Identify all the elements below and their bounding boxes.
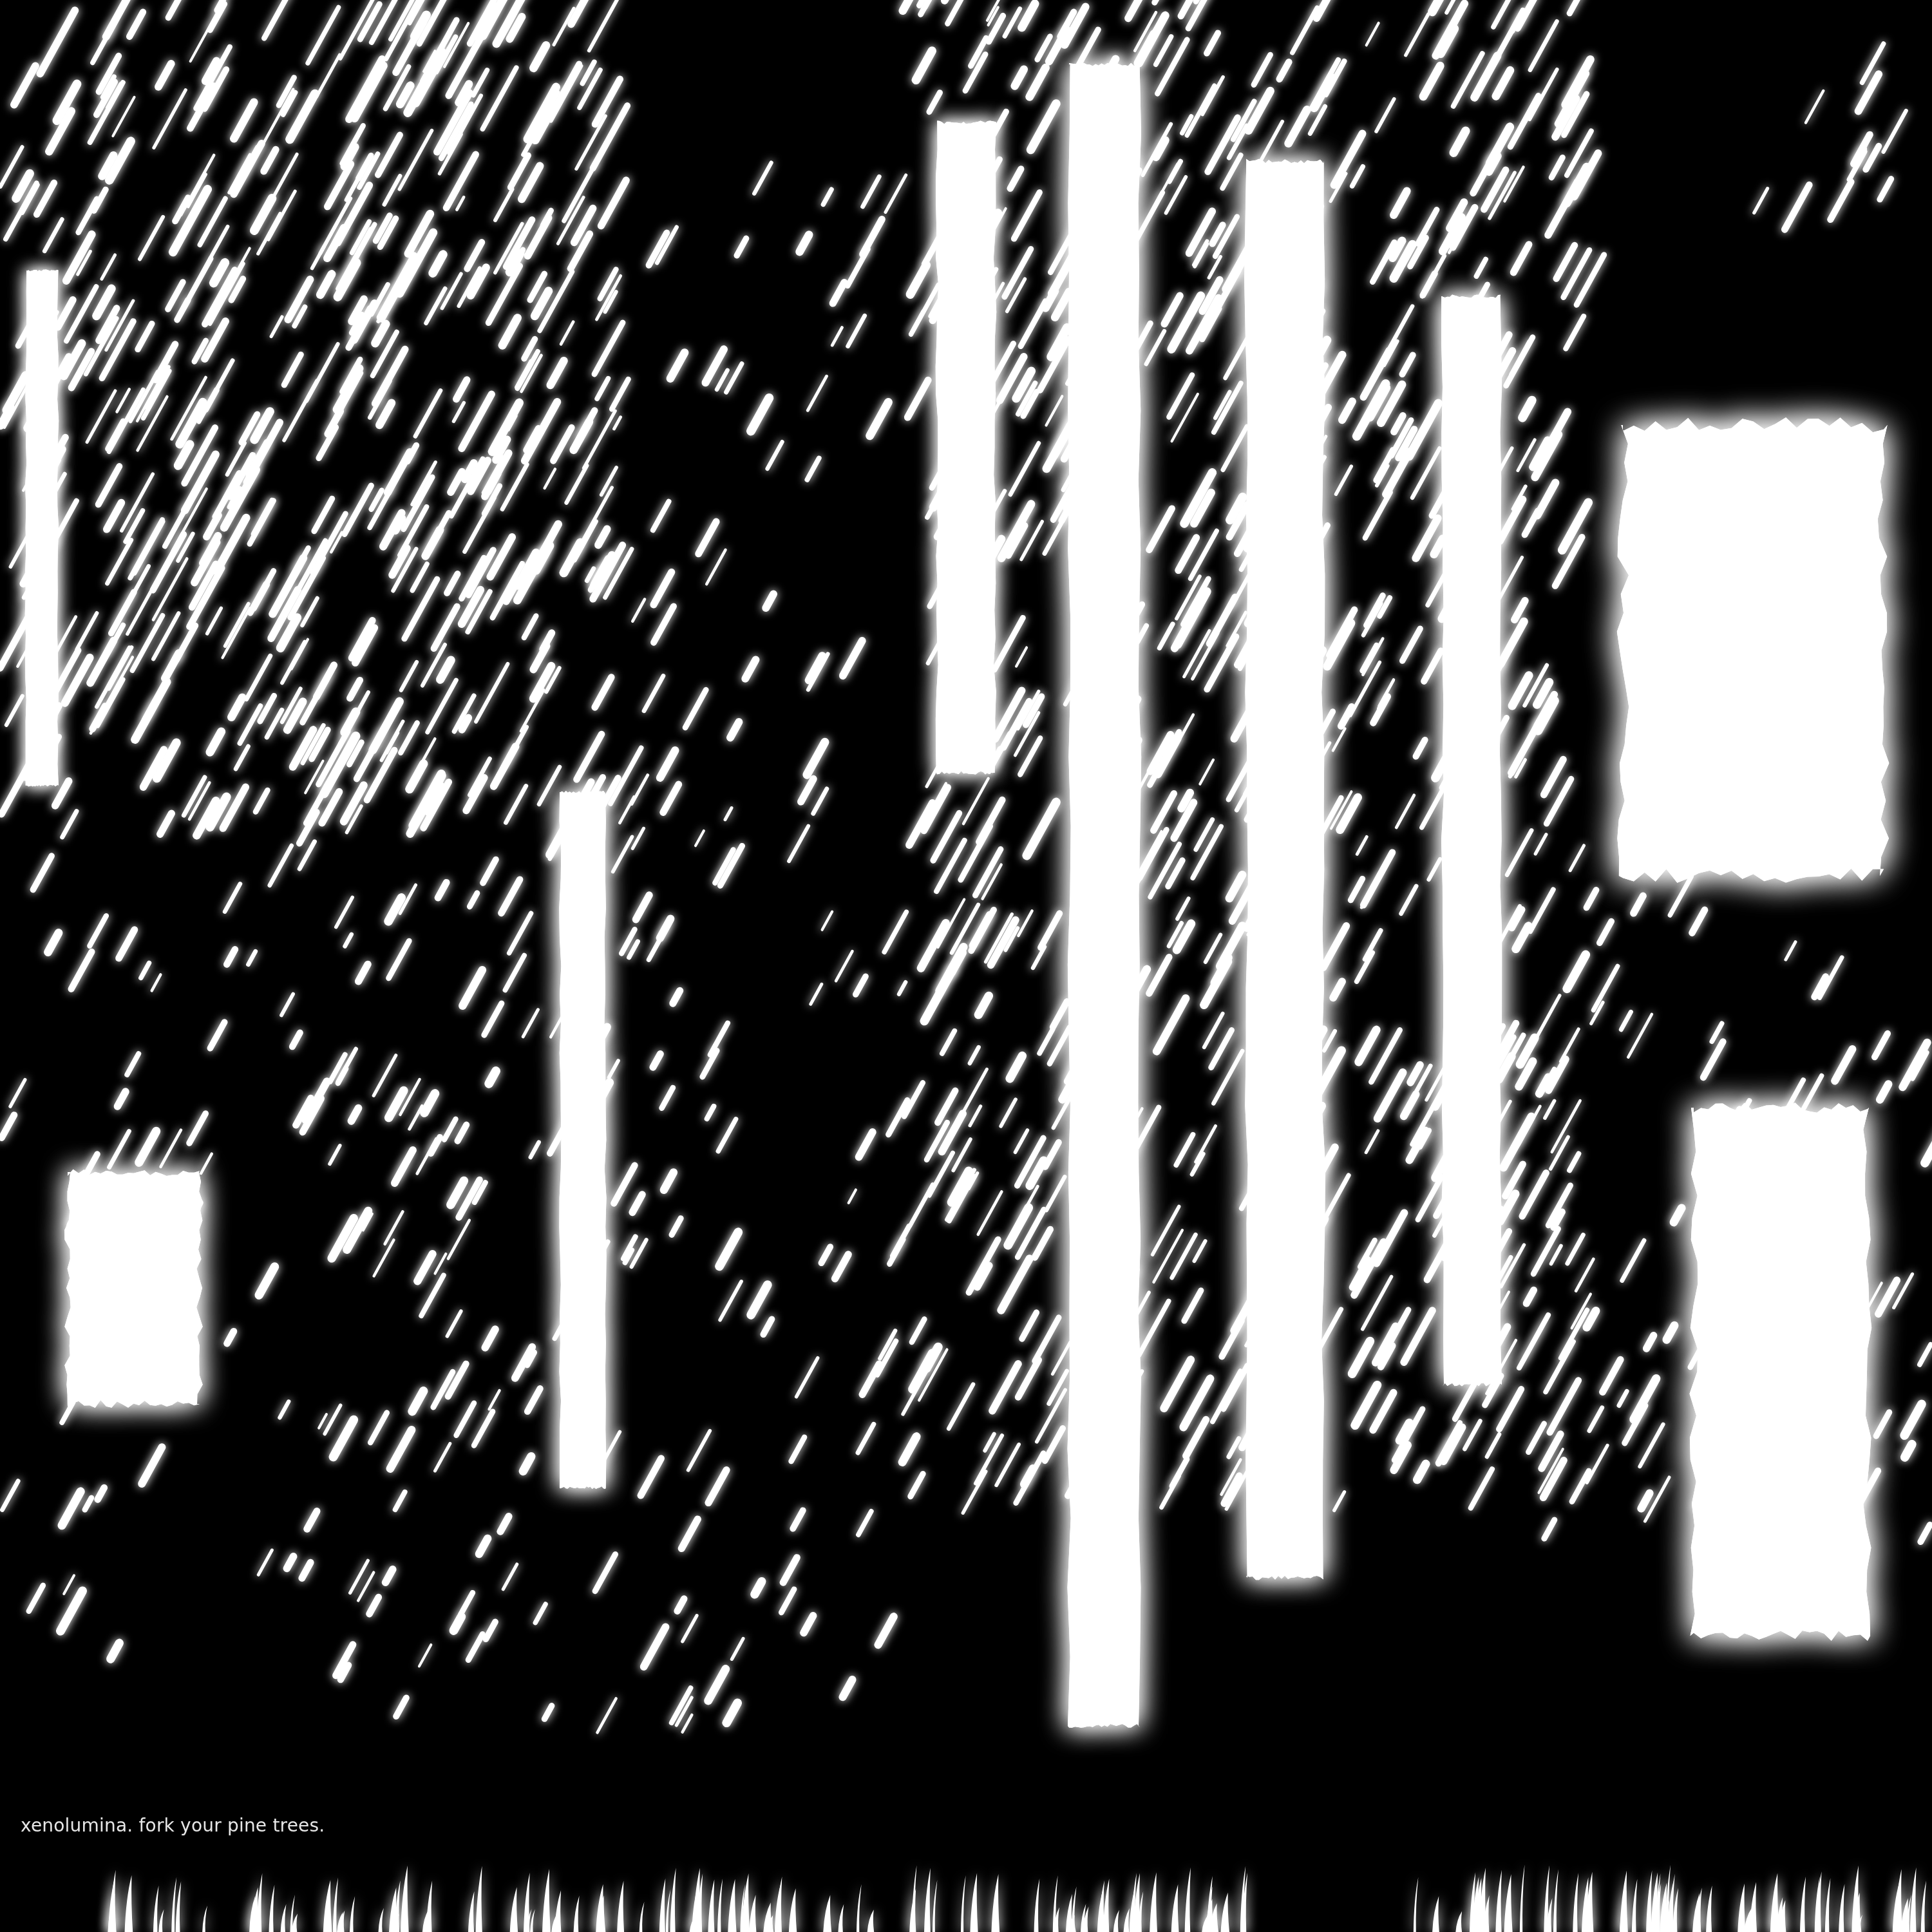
generative-artwork-canvas <box>0 0 1932 1932</box>
artwork-caption: xenolumina. fork your pine trees. <box>21 1815 325 1836</box>
